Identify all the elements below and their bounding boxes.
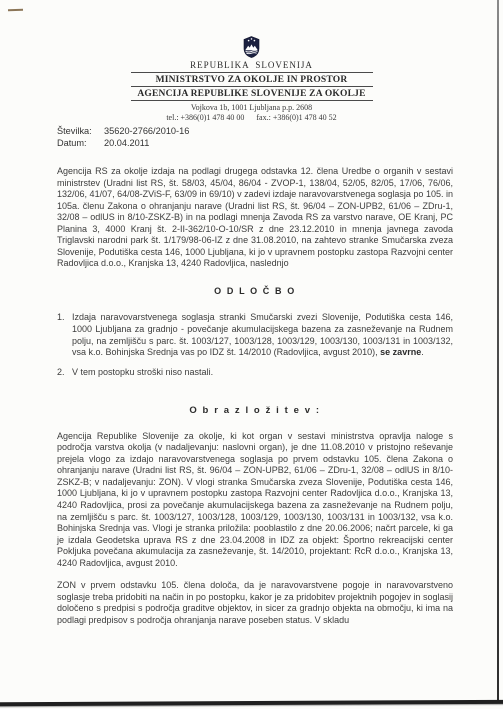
decision-item-1-suffix: . xyxy=(421,347,424,357)
explanation-paragraph-2: ZON v prvem odstavku 105. člena določa, … xyxy=(57,580,453,626)
decision-item-2-text: V tem postopku stroški niso nastali. xyxy=(72,367,453,379)
explanation-heading: O b r a z l o ž i t e v : xyxy=(57,405,453,417)
letterhead-fax: fax.: +386(0)1 478 40 52 xyxy=(256,113,336,122)
decision-item-2: 2. V tem postopku stroški niso nastali. xyxy=(57,367,453,379)
scan-artifact-dash xyxy=(8,9,23,12)
letterhead-phones: tel.: +386(0)1 478 40 00 fax.: +386(0)1 … xyxy=(131,113,373,122)
decision-item-2-number: 2. xyxy=(57,367,72,379)
slovenia-coat-of-arms-icon xyxy=(243,36,260,58)
preamble-paragraph: Agencija RS za okolje izdaja na podlagi … xyxy=(57,166,453,270)
decision-item-1: 1. Izdaja naravovarstvenega soglasja str… xyxy=(57,312,453,358)
reference-number-row: Številka: 35620-2766/2010-16 xyxy=(57,126,189,138)
decision-item-1-text: Izdaja naravovarstvenega soglasja strank… xyxy=(72,312,453,358)
reference-date-row: Datum: 20.04.2011 xyxy=(57,138,189,150)
reference-block: Številka: 35620-2766/2010-16 Datum: 20.0… xyxy=(57,126,189,149)
decision-heading: O D L O Č B O xyxy=(57,286,453,298)
decision-item-1-number: 1. xyxy=(57,312,72,358)
reference-number-value: 35620-2766/2010-16 xyxy=(104,126,189,138)
letterhead-republic: REPUBLIKA SLOVENIJA xyxy=(131,60,373,73)
letterhead-ministry: MINISTRSTVO ZA OKOLJE IN PROSTOR xyxy=(131,73,373,87)
reference-date-label: Datum: xyxy=(57,138,104,150)
decision-list: 1. Izdaja naravovarstvenega soglasja str… xyxy=(57,312,453,378)
letterhead-address: Vojkova 1b, 1001 Ljubljana p.p. 2608 xyxy=(131,103,373,112)
document-page: REPUBLIKA SLOVENIJA MINISTRSTVO ZA OKOLJ… xyxy=(0,0,503,709)
letterhead-agency: AGENCIJA REPUBLIKE SLOVENIJE ZA OKOLJE xyxy=(131,87,373,101)
explanation-paragraph-1: Agencija Republike Slovenije za okolje, … xyxy=(57,431,453,570)
scan-artifact-bottom-border xyxy=(0,700,503,706)
letterhead: REPUBLIKA SLOVENIJA MINISTRSTVO ZA OKOLJ… xyxy=(0,36,503,122)
reference-date-value: 20.04.2011 xyxy=(104,138,149,150)
letterhead-tel: tel.: +386(0)1 478 40 00 xyxy=(166,113,244,122)
decision-item-1-verdict: se zavrne xyxy=(380,347,421,357)
document-body: Agencija RS za okolje izdaja na podlagi … xyxy=(57,166,453,627)
reference-number-label: Številka: xyxy=(57,126,104,138)
